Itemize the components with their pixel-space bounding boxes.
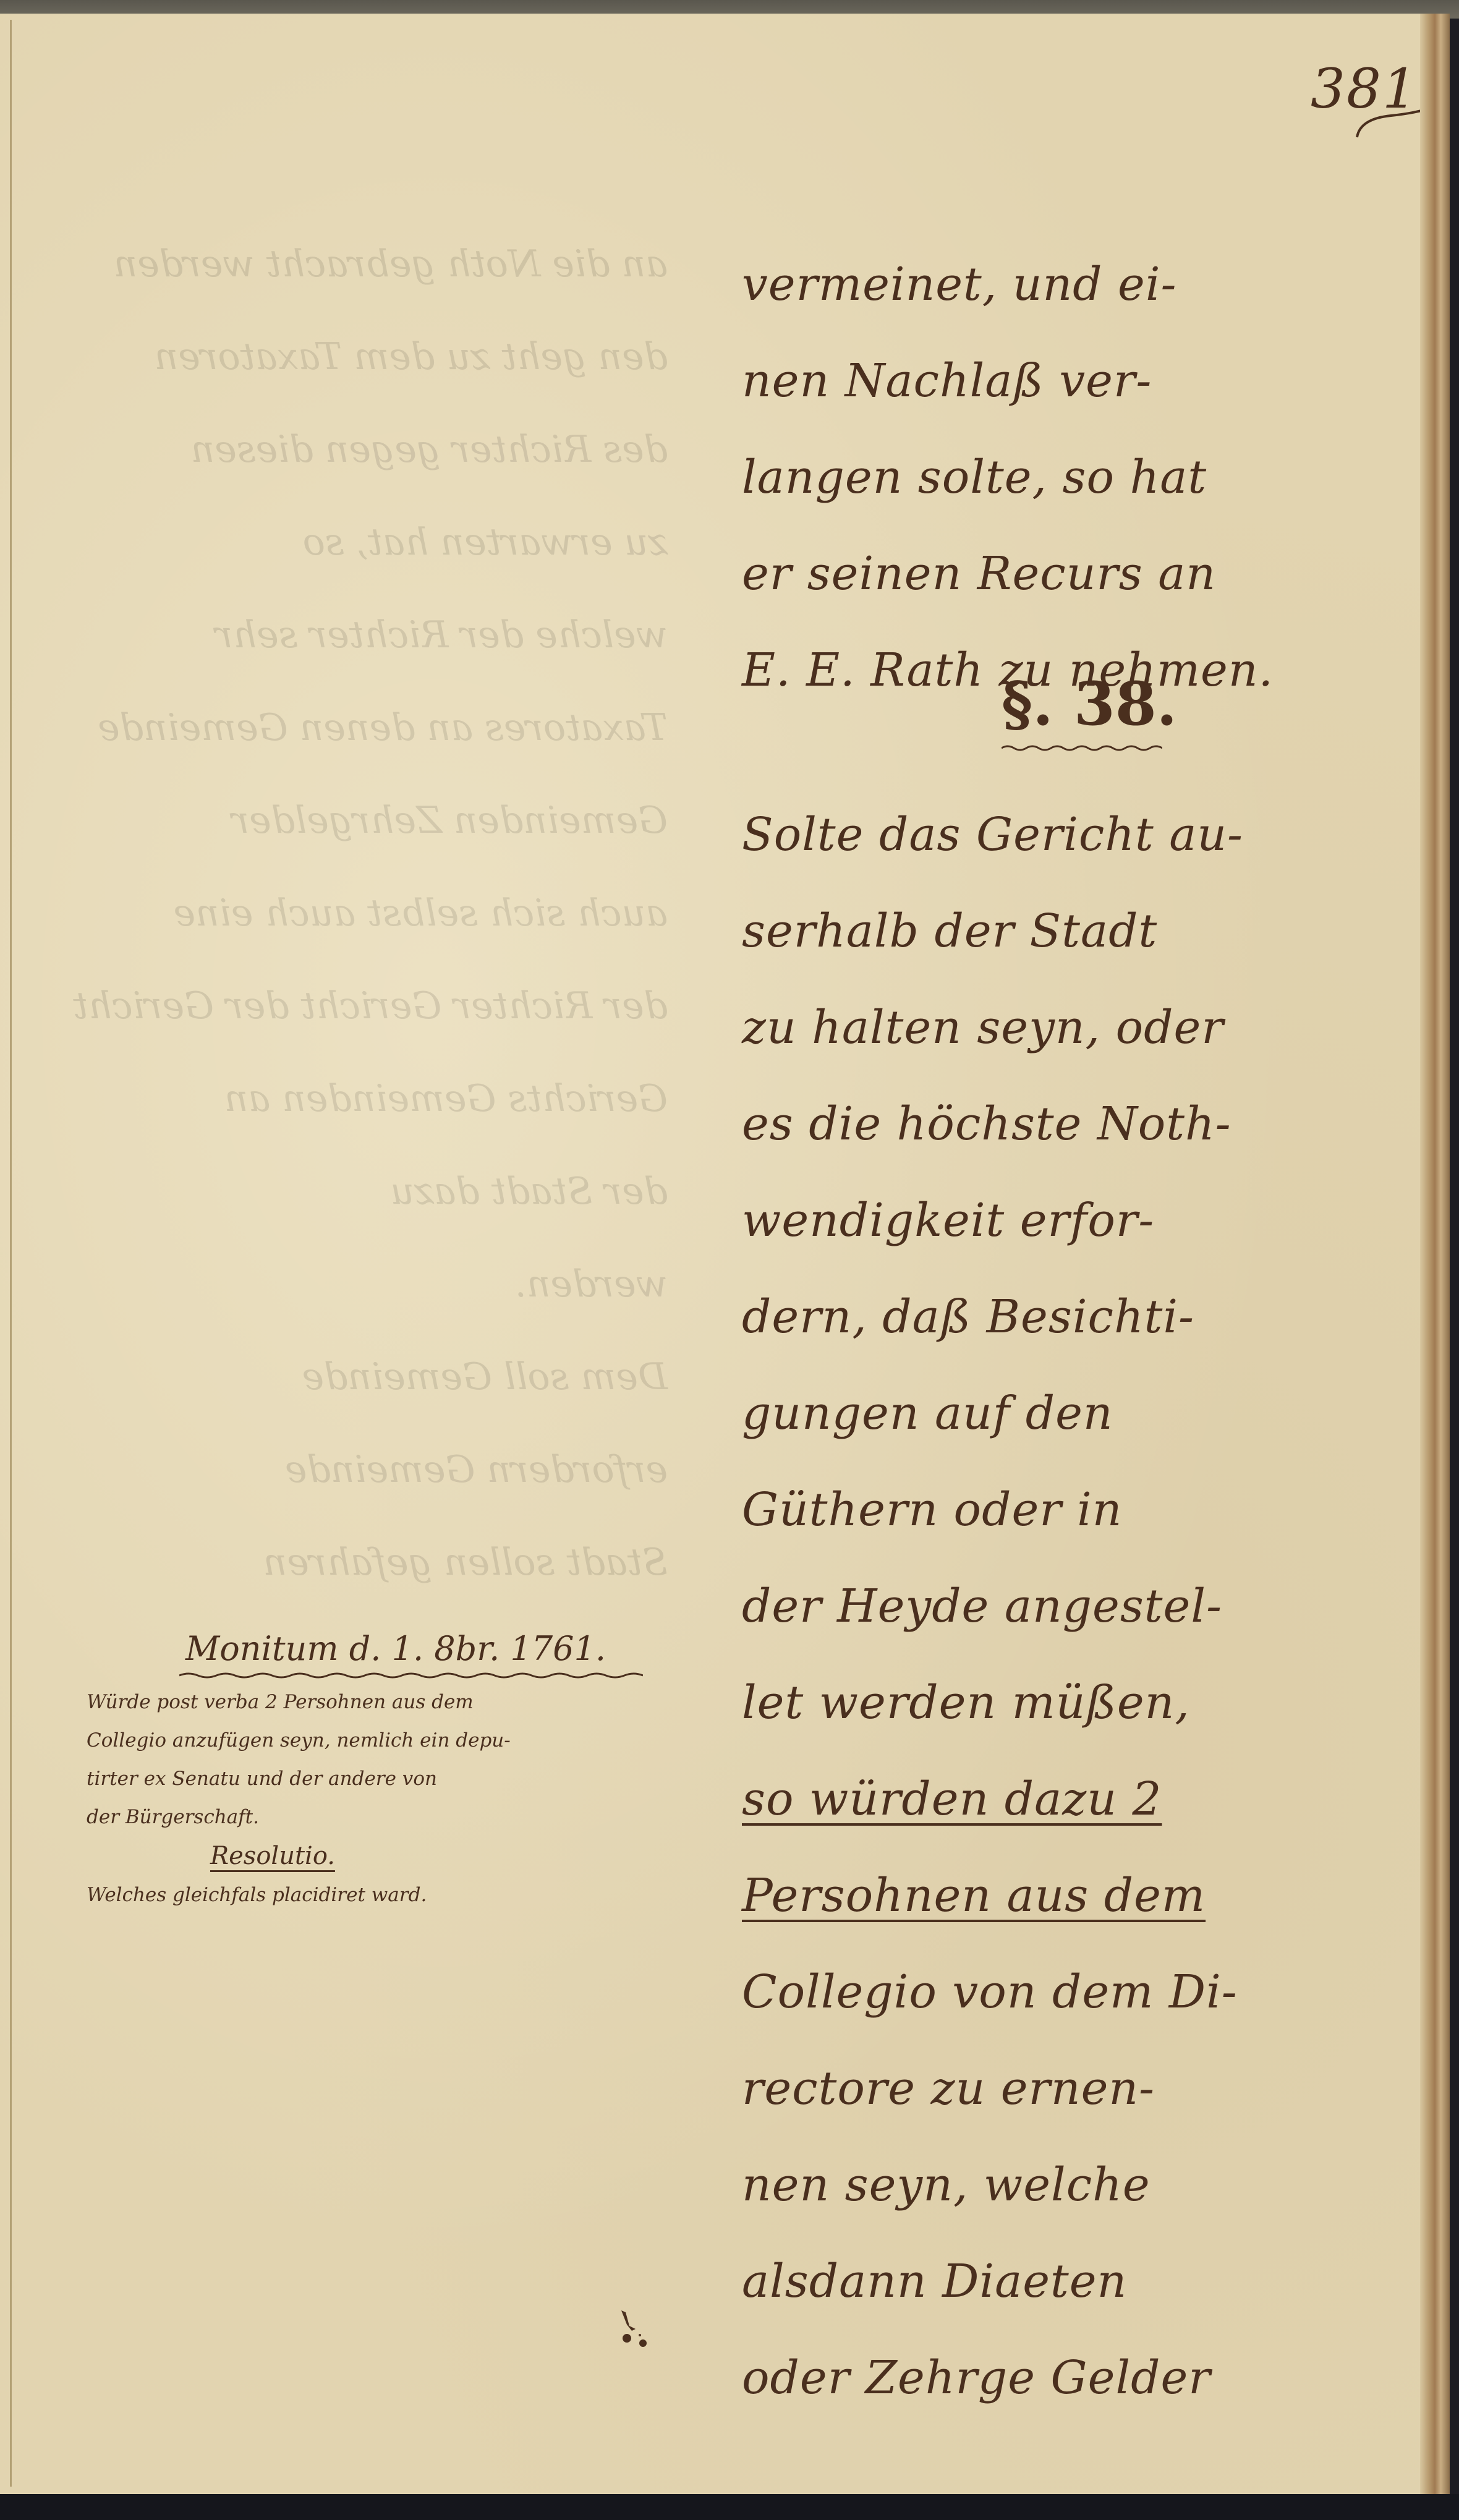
text-line: rectore zu ernen-: [742, 2040, 1428, 2137]
background-below-page: [0, 2494, 1459, 2520]
margin-note-line: der Bürgerschaft.: [87, 1798, 643, 1836]
text-line: serhalb der Stadt: [742, 883, 1428, 979]
section-heading: §. 38.: [1002, 669, 1177, 739]
text-line: vermeinet, und ei-: [742, 236, 1428, 333]
margin-note-line: tirter ex Senatu und der andere von: [87, 1760, 643, 1798]
page-fold-line: [10, 20, 12, 2487]
section-38-text: Solte das Gericht au- serhalb der Stadt …: [742, 786, 1428, 2426]
text-line: wendigkeit erfor-: [742, 1172, 1428, 1269]
text-line: Collegio von dem Di-: [742, 1944, 1428, 2040]
margin-note-title: Monitum d. 1. 8br. 1761.: [185, 1627, 643, 1671]
text-line: dern, daß Besichti-: [742, 1269, 1428, 1365]
text-line: langen solte, so hat: [742, 429, 1428, 526]
bleed-through-text: an die Noth gebracht werden den geht zu …: [185, 218, 668, 1609]
text-line: zu halten seyn, oder: [742, 979, 1428, 1076]
margin-title-wavy-rule: [179, 1671, 643, 1680]
text-line: gungen auf den: [742, 1365, 1428, 1462]
text-line: nen Nachlaß ver-: [742, 333, 1428, 429]
text-line: so würden dazu 2: [742, 1751, 1428, 1847]
margin-note-line: Collegio anzufügen seyn, nemlich ein dep…: [87, 1721, 643, 1760]
text-line: nen seyn, welche: [742, 2137, 1428, 2233]
resolution-text: Welches gleichfals placidiret ward.: [87, 1876, 643, 1914]
margin-note-line: Würde post verba 2 Persohnen aus dem: [87, 1683, 643, 1721]
ink-blot: [618, 2307, 655, 2351]
text-line: der Heyde angestel-: [742, 1558, 1428, 1654]
section-heading-wavy-rule: [1002, 743, 1162, 753]
manuscript-page: an die Noth gebracht werden den geht zu …: [0, 14, 1450, 2494]
text-line: alsdann Diaeten: [742, 2233, 1428, 2330]
text-line: oder Zehrge Gelder: [742, 2330, 1428, 2426]
text-line: es die höchste Noth-: [742, 1076, 1428, 1172]
text-line: Solte das Gericht au-: [742, 786, 1428, 883]
main-text-block: vermeinet, und ei- nen Nachlaß ver- lang…: [742, 236, 1428, 718]
resolutio-heading: Resolutio.: [210, 1836, 643, 1876]
book-binding-edge: [1420, 14, 1450, 2494]
text-line: er seinen Recurs an: [742, 526, 1428, 622]
text-line: Güthern oder in: [742, 1462, 1428, 1558]
margin-annotation: Monitum d. 1. 8br. 1761. Würde post verb…: [87, 1627, 643, 1914]
text-line: let werden müßen,: [742, 1654, 1428, 1751]
text-line: Persohnen aus dem: [742, 1847, 1428, 1944]
